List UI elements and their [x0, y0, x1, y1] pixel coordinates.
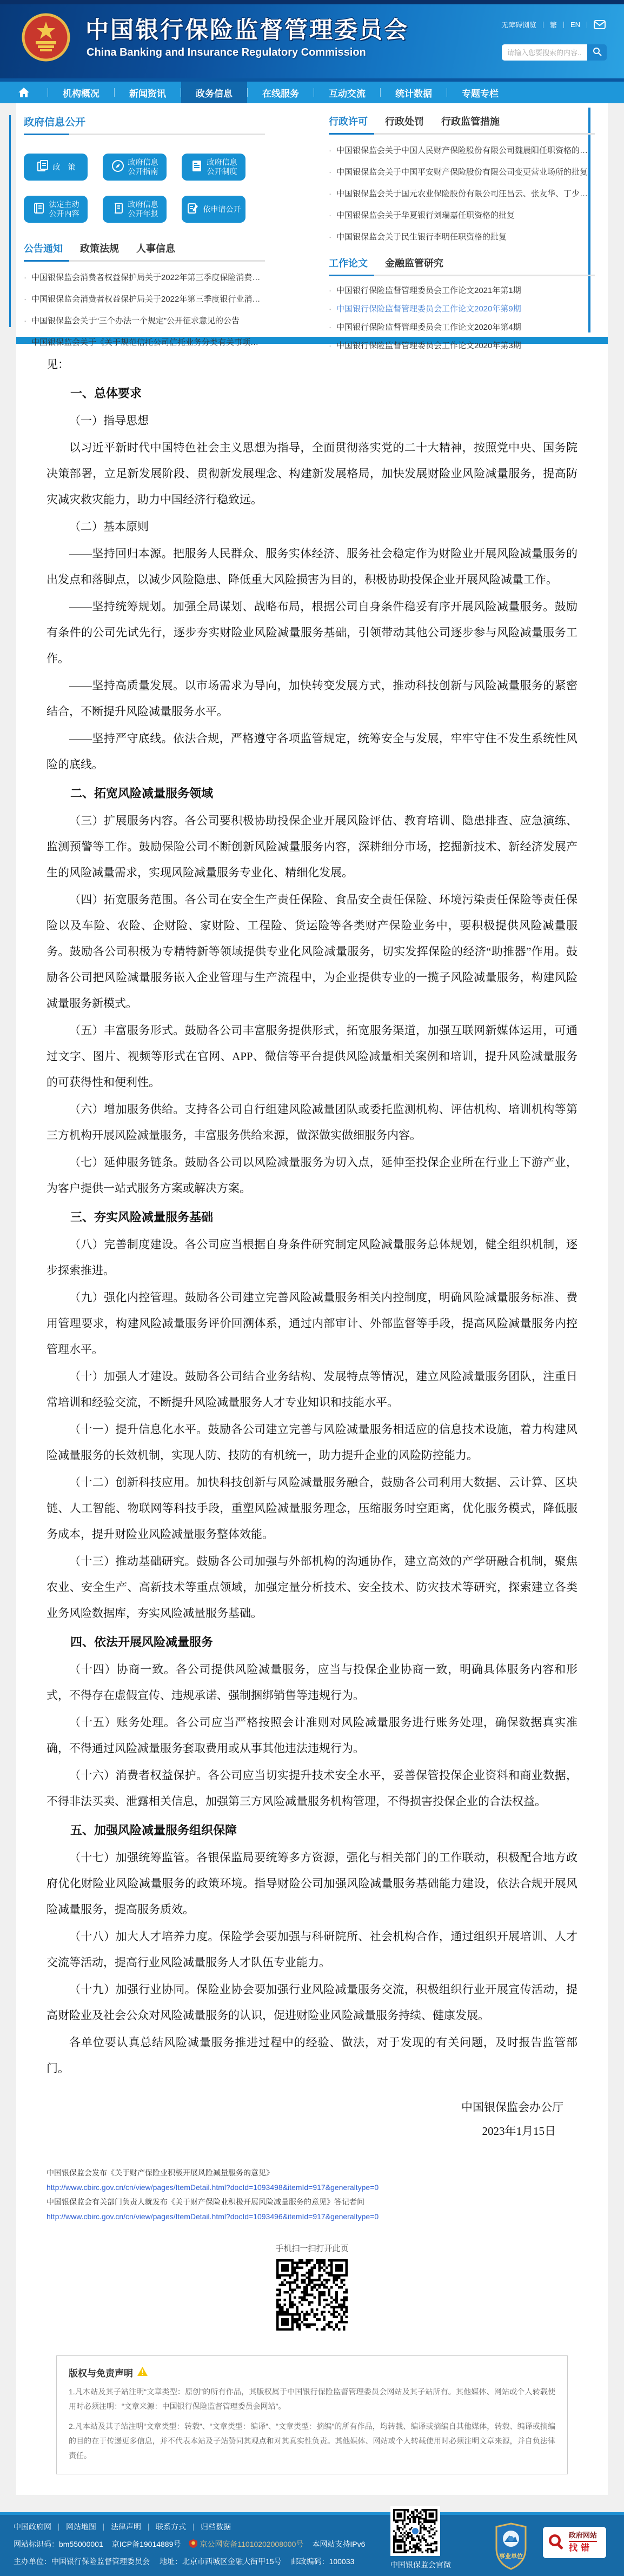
accessibility-link[interactable]: 无障碍浏览: [495, 19, 543, 30]
doc-paragraph: （十五）账务处理。各公司应当严格按照会计准则对风险减量服务进行账务处理，确保数据…: [47, 1709, 577, 1761]
doc-paragraph: （十一）提升信息化水平。鼓励各公司建立完善与风险减量服务相适应的信息技术设施，着…: [47, 1416, 577, 1468]
doc-paragraph: （一）指导思想: [47, 408, 577, 434]
qr-share-block: 手机扫一扫打开此页: [47, 2242, 577, 2331]
nav-item-1[interactable]: 机构概况: [48, 82, 114, 103]
paper-list: 中国银行保险监督管理委员会工作论文2021年第1期中国银行保险监督管理委员会工作…: [329, 282, 595, 355]
notice-tab-2[interactable]: 政策法规: [80, 241, 119, 255]
doc-paragraph: ——坚持高质量发展。以市场需求为导向，加快转变发展方式，推动科技创新与风险减量服…: [47, 673, 577, 724]
doc-section-heading: 四、依法开展风险减量服务: [47, 1629, 577, 1655]
panel-scrollbar[interactable]: [588, 108, 590, 332]
doc-paragraph: ——坚持统筹规划。加强全局谋划、战略布局，根据公司自身条件稳妥有序开展风险减量服…: [47, 594, 577, 671]
main-nav: 机构概况新闻资讯政务信息在线服务互动交流统计数据专题专栏: [0, 78, 624, 103]
national-emblem-logo: [22, 13, 70, 62]
notice-list: 中国银保监会消费者权益保护局关于2022年第三季度保险消费投诉情况的通报中国银保…: [24, 267, 265, 354]
nav-item-7[interactable]: 专题专栏: [447, 82, 513, 103]
error-badge-line2: 找错: [569, 2543, 597, 2554]
notice-tab-3[interactable]: 人事信息: [136, 241, 175, 255]
paper-tab-1[interactable]: 工作论文: [329, 256, 368, 270]
doc-paragraph: ——坚持回归本源。把服务人民群众、服务实体经济、服务社会稳定作为财险业开展风险减…: [47, 541, 577, 593]
footer-links: 中国政府网网站地图法律声明联系方式归档数据: [14, 2521, 365, 2532]
site-header: 中国银行保险监督管理委员会 China Banking and Insuranc…: [0, 0, 624, 78]
disclaimer-item: 2.凡本站及其子站注明“文章类型：转载”、“文章类型：编译”、“文章类型：摘编”…: [69, 2419, 555, 2463]
signature-block: 中国银保监会办公厅 2023年1月15日: [47, 2095, 577, 2143]
police-registration[interactable]: 京公网安备11010202008000号: [189, 2539, 303, 2550]
qr-share-caption: 手机扫一扫打开此页: [47, 2242, 577, 2254]
list-item[interactable]: 中国银行保险监督管理委员会工作论文2020年第9期: [329, 300, 595, 318]
signature-date: 2023年1月15日: [47, 2119, 563, 2143]
gov-button-label: 依申请公开: [203, 205, 241, 214]
related-url-link[interactable]: http://www.cbirc.gov.cn/cn/view/pages/It…: [47, 2180, 577, 2195]
doc-paragraph: （十）加强人才建设。鼓励各公司结合业务结构、发展特点等情况，建立风险减量服务团队…: [47, 1363, 577, 1415]
nav-item-3[interactable]: 政务信息: [181, 82, 247, 103]
page: 中国银行保险监督管理委员会 China Banking and Insuranc…: [0, 0, 624, 2576]
admin-tab-3[interactable]: 行政监管措施: [441, 114, 500, 128]
admin-tab-2[interactable]: 行政处罚: [385, 114, 424, 128]
gov-info-column: 政府信息公开 政 策政府信息公开指南政府信息公开制度法定主动公开内容政府信息公开…: [24, 114, 265, 337]
gov-info-button-2[interactable]: 政府信息公开指南: [103, 154, 167, 181]
list-item[interactable]: 中国银保监会关于“三个办法一个规定”公开征求意见的公告: [24, 310, 265, 332]
doc-paragraph: （十二）创新科技应用。加快科技创新与风险减量服务融合，鼓励各公司利用大数据、云计…: [47, 1469, 577, 1547]
doc-paragraph: （八）完善制度建设。各公司应当根据自身条件研究制定风险减量服务总体规划，健全组织…: [47, 1232, 577, 1283]
search-icon: [593, 47, 602, 58]
error-report-magnifier-icon: [547, 2533, 566, 2553]
doc-paragraph: 各单位要认真总结风险减量服务推进过程中的经验、做法，对于发现的有关问题，及时报告…: [47, 2029, 577, 2081]
gov-info-buttons: 政 策政府信息公开指南政府信息公开制度法定主动公开内容政府信息公开年报依申请公开: [24, 154, 265, 223]
list-item[interactable]: 中国银保监会关于民生银行李明任职资格的批复: [329, 227, 595, 248]
footer-wechat-block: 中国银保监会官微: [390, 2506, 440, 2570]
ipv6-note: 本网站支持IPv6: [312, 2539, 365, 2550]
home-icon[interactable]: [0, 82, 48, 103]
info-panel: 政府信息公开 政 策政府信息公开指南政府信息公开制度法定主动公开内容政府信息公开…: [16, 103, 608, 337]
header-utils: 无障碍浏览 繁 EN: [495, 19, 606, 30]
doc-paragraph: （三）扩展服务内容。各公司要积极协助投保企业开展风险评估、教育培训、隐患排查、应…: [47, 808, 577, 886]
share-qr-code: [276, 2259, 348, 2331]
icp-number[interactable]: 京ICP备19014889号: [112, 2539, 181, 2550]
list-item[interactable]: 中国银保监会消费者权益保护局关于2022年第三季度银行业消费投诉情况的通报: [24, 289, 265, 310]
gov-button-label: 政府信息公开制度: [207, 158, 237, 176]
doc-paragraph: （九）强化内控管理。鼓励各公司建立完善风险减量服务相关内控制度，明确风险减量服务…: [47, 1284, 577, 1362]
list-item[interactable]: 中国银行保险监督管理委员会工作论文2020年第4期: [329, 318, 595, 337]
doc-paragraph: （十六）消费者权益保护。各公司应当切实提升技术安全水平，妥善保管投保企业资料和商…: [47, 1762, 577, 1814]
notice-tabs: 公告通知政策法规人事信息: [24, 241, 265, 255]
signature-org: 中国银保监会办公厅: [47, 2095, 563, 2119]
doc-paragraph: （十四）协商一致。各公司提供风险减量服务，应当与投保企业协商一致，明确具体服务内…: [47, 1656, 577, 1708]
doc-section-heading: 三、夯实风险减量服务基础: [47, 1204, 577, 1230]
site-title-cn: 中国银行保险监督管理委员会: [85, 12, 409, 45]
list-item[interactable]: 中国银保监会关于华夏银行刘瑞嘉任职资格的批复: [329, 205, 595, 227]
doc-paragraph: （十八）加大人才培养力度。保险学会要加强与科研院所、社会机构合作，通过组织开展培…: [47, 1923, 577, 1975]
footer-link-4[interactable]: 联系方式: [149, 2521, 193, 2532]
doc-paragraph: （七）延伸服务链条。鼓励各公司以风险减量服务为切入点，延伸至投保企业所在行业上下…: [47, 1149, 577, 1201]
gov-button-label: 政 策: [53, 163, 76, 172]
search-bar: [502, 44, 607, 61]
svg-text:事业单位: 事业单位: [499, 2552, 523, 2560]
wechat-qr-logo: [411, 2527, 420, 2535]
admin-column: 行政许可行政处罚行政监管措施 中国银保监会关于中国人民财产保险股份有限公司魏晨阳…: [329, 114, 595, 337]
related-url-link[interactable]: http://www.cbirc.gov.cn/cn/view/pages/It…: [47, 2209, 577, 2224]
nav-item-2[interactable]: 新闻资讯: [115, 82, 181, 103]
document-body: 见：一、总体要求（一）指导思想以习近平新时代中国特色社会主义思想为指导，全面贯彻…: [47, 351, 577, 2081]
list-item[interactable]: 中国银保监会关于国元农业保险股份有限公司汪昌云、张友华、丁少群监事任...: [329, 183, 595, 205]
list-item[interactable]: 中国银保监会关于中国人民财产保险股份有限公司魏晨阳任职资格的批复: [329, 140, 595, 162]
footer-link-2[interactable]: 网站地图: [59, 2521, 103, 2532]
gov-button-label: 政府信息公开年报: [128, 200, 158, 218]
gov-info-title: 政府信息公开: [24, 114, 265, 129]
gov-info-button-6[interactable]: 依申请公开: [182, 196, 245, 223]
admin-list: 中国银保监会关于中国人民财产保险股份有限公司魏晨阳任职资格的批复中国银保监会关于…: [329, 140, 595, 248]
wechat-qr-caption: 中国银保监会官微: [390, 2559, 440, 2570]
search-input[interactable]: [502, 44, 587, 61]
bottom-gap: [0, 2495, 624, 2512]
admin-tab-1[interactable]: 行政许可: [329, 114, 368, 128]
footer-link-5[interactable]: 归档数据: [194, 2521, 238, 2532]
site-code: 网站标识码：bm55000001: [14, 2539, 103, 2550]
nav-item-4[interactable]: 在线服务: [248, 82, 314, 103]
search-button[interactable]: [587, 44, 607, 61]
doc-paragraph: （十九）加强行业协同。保险业协会要加强行业风险减量服务交流，积极组织行业开展宣传…: [47, 1976, 577, 2028]
doc-paragraph: （四）拓宽服务范围。各公司在安全生产责任保险、食品安全责任保险、环境污染责任保险…: [47, 887, 577, 1016]
nav-item-5[interactable]: 互动交流: [314, 82, 380, 103]
doc-paragraph: （十七）加强统筹监管。各银保监局要统筹多方资源，强化与相关部门的工作联动，积极配…: [47, 1845, 577, 1922]
disclaimer-title-row: 版权与免责声明: [69, 2366, 555, 2379]
gov-info-button-4[interactable]: 法定主动公开内容: [24, 196, 88, 223]
paper-tab-2[interactable]: 金融监管研究: [385, 256, 443, 270]
doc-section-heading: 二、拓宽风险减量服务领域: [47, 781, 577, 807]
pen-doc-icon: [187, 202, 200, 217]
paper-tabs: 工作论文金融监管研究: [329, 256, 595, 270]
footer-link-3[interactable]: 法律声明: [104, 2521, 148, 2532]
disclaimer-title: 版权与免责声明: [69, 2366, 133, 2379]
related-title: 中国银保监会有关部门负责人就发布《关于财产保险业积极开展风险减量服务的意见》答记…: [47, 2195, 577, 2209]
list-item[interactable]: 中国银行保险监督管理委员会工作论文2020年第3期: [329, 337, 595, 355]
disclaimer-item: 1.凡本站及其子站注明“文章类型：原创”的所有作品，其版权属于中国银行保险监督管…: [69, 2385, 555, 2414]
book-icon: [32, 202, 45, 217]
disclaimer-items: 1.凡本站及其子站注明“文章类型：原创”的所有作品，其版权属于中国银行保险监督管…: [69, 2385, 555, 2463]
gov-button-label: 法定主动公开内容: [49, 200, 79, 218]
mail-icon[interactable]: [594, 20, 606, 29]
gov-info-button-3[interactable]: 政府信息公开制度: [182, 154, 245, 181]
gov-site-error-report-badge[interactable]: 政府网站 找错: [543, 2527, 606, 2558]
institution-badge[interactable]: 事业单位: [495, 2522, 527, 2572]
header-top-strip: [0, 0, 624, 4]
nav-item-6[interactable]: 统计数据: [381, 82, 447, 103]
host-unit: 主办单位：中国银行保险监督管理委员会: [14, 2556, 150, 2567]
site-footer: 中国政府网网站地图法律声明联系方式归档数据 网站标识码：bm55000001 京…: [0, 2512, 624, 2576]
list-item[interactable]: 中国银保监会消费者权益保护局关于2022年第三季度保险消费投诉情况的通报: [24, 267, 265, 289]
footer-host-row: 主办单位：中国银行保险监督管理委员会 地址：北京市西城区金融大街甲15号 邮政编…: [14, 2556, 365, 2567]
disclaimer-box: 版权与免责声明 1.凡本站及其子站注明“文章类型：原创”的所有作品，其版权属于中…: [56, 2355, 568, 2474]
error-badge-line1: 政府网站: [569, 2531, 597, 2542]
site-title-en: China Banking and Insurance Regulatory C…: [87, 46, 366, 59]
list-item[interactable]: 中国银行保险监督管理委员会工作论文2021年第1期: [329, 282, 595, 300]
gov-button-label: 政府信息公开指南: [128, 158, 158, 176]
notice-tab-1[interactable]: 公告通知: [24, 241, 63, 255]
doc-paragraph: （五）丰富服务形式。鼓励各公司丰富服务提供形式，拓宽服务渠道，加强互联网新媒体运…: [47, 1017, 577, 1095]
gov-info-button-5[interactable]: 政府信息公开年报: [103, 196, 167, 223]
footer-registration-row: 网站标识码：bm55000001 京ICP备19014889号 京公网安备110…: [14, 2539, 365, 2550]
doc-paragraph: 见：: [47, 351, 577, 377]
title-underline: [24, 134, 265, 135]
rules-doc-icon: [190, 159, 203, 175]
document-panel: 见：一、总体要求（一）指导思想以习近平新时代中国特色社会主义思想为指导，全面贯彻…: [16, 344, 608, 2495]
warning-icon: [137, 2367, 148, 2379]
footer-left: 中国政府网网站地图法律声明联系方式归档数据 网站标识码：bm55000001 京…: [14, 2521, 365, 2567]
policy-doc-icon: [36, 159, 49, 175]
english-link[interactable]: EN: [564, 21, 587, 29]
doc-paragraph: （十三）推动基础研究。鼓励各公司加强与外部机构的沟通协作，建立高效的产学研融合机…: [47, 1548, 577, 1626]
doc-paragraph: 以习近平新时代中国特色社会主义思想为指导，全面贯彻落实党的二十大精神，按照党中央…: [47, 435, 577, 512]
admin-tabs: 行政许可行政处罚行政监管措施: [329, 114, 595, 128]
related-links: 中国银保监会发布《关于财产保险业积极开展风险减量服务的意见》http://www…: [47, 2166, 577, 2224]
doc-paragraph: （二）基本原则: [47, 514, 577, 540]
host-zip: 邮政编码：100033: [291, 2556, 355, 2567]
left-accent-line: [9, 115, 11, 327]
traditional-chinese-link[interactable]: 繁: [543, 19, 563, 30]
doc-paragraph: （六）增加服务供给。支持各公司自行组建风险减量团队或委托监测机构、评估机构、培训…: [47, 1096, 577, 1148]
police-badge-icon: [189, 2539, 197, 2550]
doc-section-heading: 五、加强风险减量服务组织保障: [47, 1818, 577, 1843]
compass-icon: [111, 159, 124, 175]
doc-paragraph: ——坚持严守底线。依法合规，严格遵守各项监管规定，统筹安全与发展，牢牢守住不发生…: [47, 725, 577, 777]
related-title: 中国银保监会发布《关于财产保险业积极开展风险减量服务的意见》: [47, 2166, 577, 2180]
scroll-icon: [111, 202, 124, 217]
gov-info-button-1[interactable]: 政 策: [24, 154, 88, 181]
host-address: 地址：北京市西城区金融大街甲15号: [160, 2556, 282, 2567]
wechat-qr-code: [390, 2506, 440, 2556]
footer-link-1[interactable]: 中国政府网: [14, 2521, 58, 2532]
doc-section-heading: 一、总体要求: [47, 381, 577, 407]
list-item[interactable]: 中国银保监会关于《关于规范信托公司信托业务分类有关事项的通知》公开征...: [24, 332, 265, 354]
list-item[interactable]: 中国银保监会关于中国平安财产保险股份有限公司变更营业场所的批复: [329, 162, 595, 183]
